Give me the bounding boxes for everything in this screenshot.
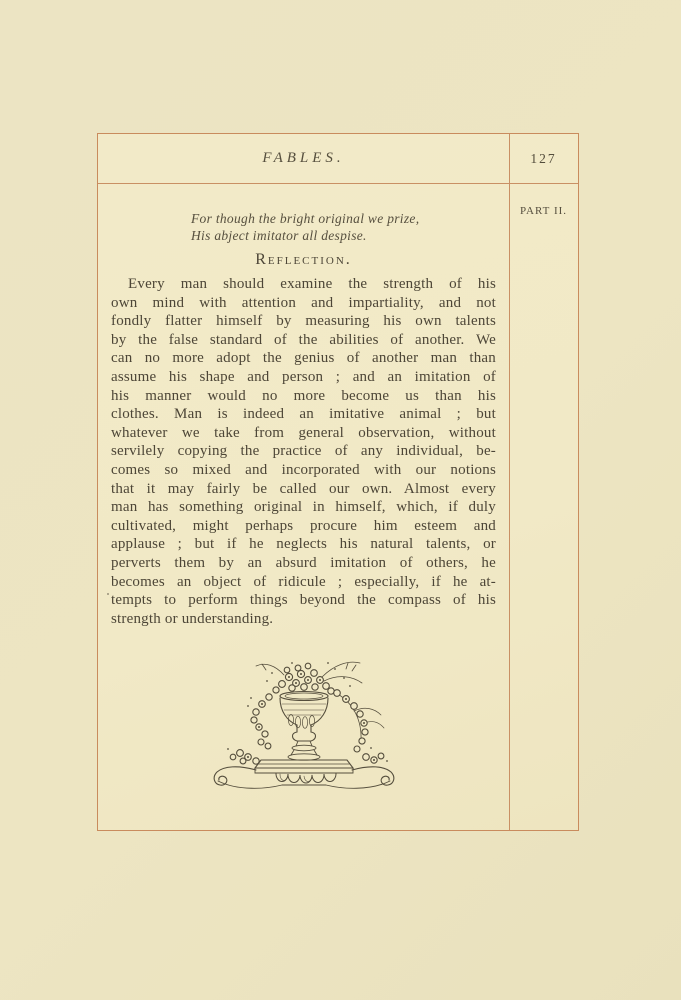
paragraph-line: Every man should examine the strength of… [111, 275, 496, 294]
header-rule [98, 183, 578, 184]
running-head-title: FABLES. [98, 150, 509, 167]
paragraph-line: comes so mixed and incorporated with our… [111, 461, 496, 480]
paragraph-line: whatever we take from general observatio… [111, 424, 496, 443]
paragraph-line: perverts them by an absurd imitation of … [111, 554, 496, 573]
margin-column-divider [509, 134, 510, 830]
paragraph-line: can no more adopt the genius of another … [111, 349, 496, 368]
margin-note-part: PART II. [509, 205, 578, 217]
paragraph-line: becomes an object of ridicule ; especial… [111, 573, 496, 592]
page-number: 127 [509, 151, 578, 167]
paragraph-line: man has something original in himself, w… [111, 498, 496, 517]
paragraph-line: clothes. Man is indeed an imitative anim… [111, 405, 496, 424]
paragraph-line: own mind with attention and impartiality… [111, 294, 496, 313]
section-heading-reflection: Reflection. [111, 251, 496, 269]
verse-line: His abject imitator all despise. [191, 227, 419, 244]
paragraph-line: tempts to perform things beyond the comp… [111, 591, 496, 610]
paragraph-line: strength or understanding. [111, 610, 496, 629]
paragraph-line: cultivated, might perhaps procure him es… [111, 517, 496, 536]
paragraph-line: by the false standard of the abilities o… [111, 331, 496, 350]
paragraph-line: fondly flatter himself by measuring his … [111, 312, 496, 331]
paragraph-line: applause ; but if he neglects his natura… [111, 535, 496, 554]
paragraph-line: servilely copying the practice of any in… [111, 442, 496, 461]
paragraph-line: that it may fairly be called our own. Al… [111, 480, 496, 499]
paragraph-line: his manner would no more become us than … [111, 387, 496, 406]
scan-speck [107, 593, 109, 595]
verse-line: For though the bright original we prize, [191, 210, 419, 227]
book-page-scan: { "header": { "title": "FABLES.", "page_… [0, 0, 681, 1000]
verse-couplet: For though the bright original we prize,… [191, 210, 419, 244]
tailpiece-ornament [98, 653, 509, 800]
urn-with-flowers-icon [204, 653, 404, 795]
paragraph-line: assume his shape and person ; and an imi… [111, 368, 496, 387]
reflection-paragraph: Every man should examine the strength of… [111, 275, 496, 628]
page-frame: FABLES. 127 PART II. For though the brig… [97, 133, 579, 831]
